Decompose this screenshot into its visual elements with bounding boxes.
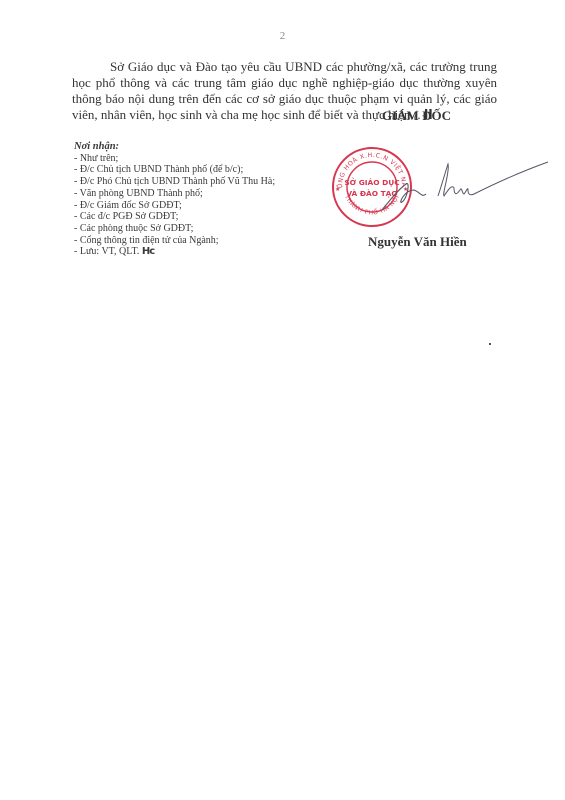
recipient-item: - Lưu: VT, QLT. xyxy=(74,246,139,257)
recipient-item: - Như trên; xyxy=(74,153,324,165)
recipient-item: - Cổng thông tin điện tử của Ngành; xyxy=(74,235,324,247)
handwritten-signature-icon xyxy=(380,150,550,230)
signer-title: GIÁM ĐỐC xyxy=(382,108,451,124)
signer-name: Nguyễn Văn Hiền xyxy=(368,234,467,250)
recipient-item: - Các đ/c PGĐ Sở GDĐT; xyxy=(74,211,324,223)
scan-speck xyxy=(489,343,491,345)
recipients-title: Nơi nhận: xyxy=(74,141,324,153)
recipient-item-archive: - Lưu: VT, QLT. Hc xyxy=(74,246,324,258)
recipient-item: - Văn phòng UBND Thành phố; xyxy=(74,188,324,200)
handwritten-initials: Hc xyxy=(142,246,154,257)
recipient-item: - Đ/c Giám đốc Sở GDĐT; xyxy=(74,200,324,212)
recipient-item: - Đ/c Phó Chủ tịch UBND Thành phố Vũ Thu… xyxy=(74,176,324,188)
recipient-item: - Các phòng thuộc Sở GDĐT; xyxy=(74,223,324,235)
recipient-item: - Đ/c Chủ tịch UBND Thành phố (để b/c); xyxy=(74,164,324,176)
svg-text:★: ★ xyxy=(335,186,340,193)
recipients-block: Nơi nhận: - Như trên; - Đ/c Chủ tịch UBN… xyxy=(74,141,324,258)
page-number: 2 xyxy=(0,30,565,42)
